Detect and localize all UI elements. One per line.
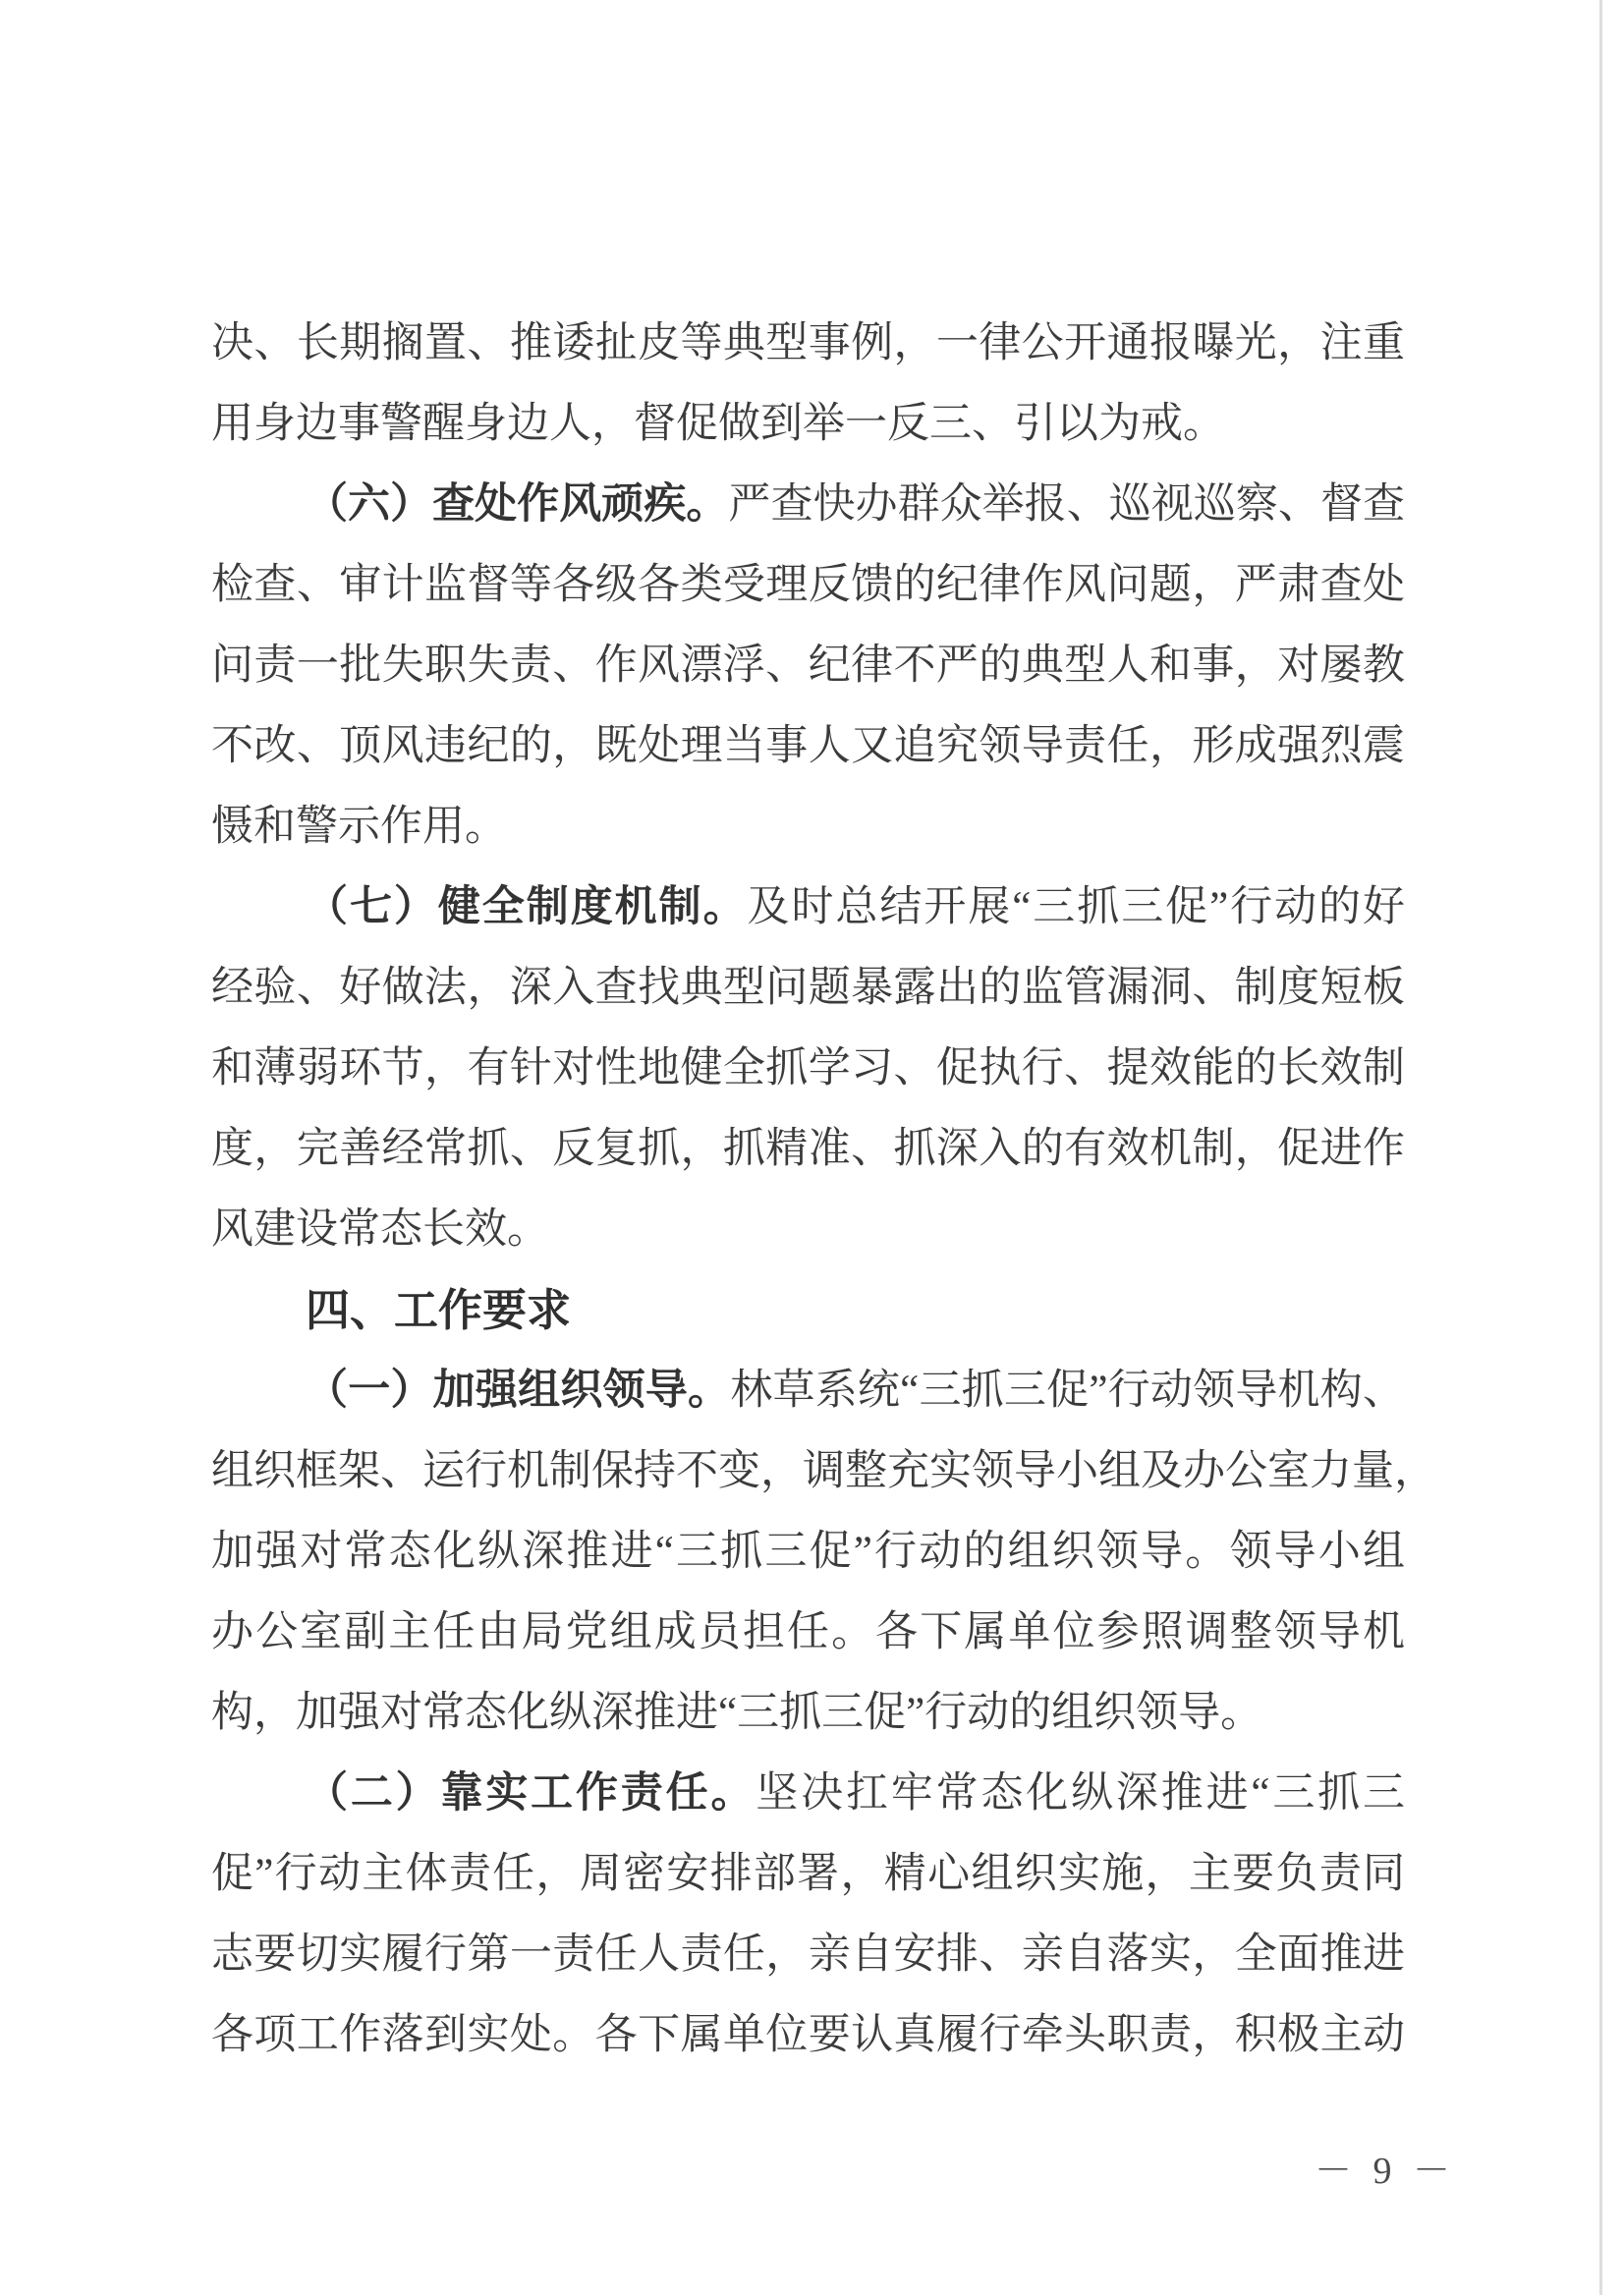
emphasis-text: （六）查处作风顽疾。 [306,481,728,528]
scanned-document-page: 决、长期搁置、推诿扯皮等典型事例，一律公开通报曝光，注重 用身边事警醒身边人，督… [0,0,1624,2295]
line-text: 用身边事警醒身边人，督促做到举一反三、引以为戒。 [211,401,1225,447]
line-text: 检查、审计监督等各级各类受理反馈的纪律作风问题，严肃查处 [211,562,1405,608]
line-text: 问责一批失职失责、作风漂浮、纪律不严的典型人和事，对屡教 [211,643,1405,689]
line-text: 促”行动主体责任，周密安排部署，精心组织实施，主要负责同 [211,1851,1405,1897]
line-text: 坚决扛牢常态化纵深推进“三抓三 [756,1770,1405,1817]
text-line: 各项工作落到实处。各下属单位要认真履行牵头职责，积极主动 [211,1995,1405,2076]
text-line: （二）靠实工作责任。坚决扛牢常态化纵深推进“三抓三 [211,1754,1405,1834]
line-text: 各项工作落到实处。各下属单位要认真履行牵头职责，积极主动 [211,2012,1405,2058]
text-line: （七）健全制度机制。及时总结开展“三抓三促”行动的好 [211,868,1405,948]
text-line: 检查、审计监督等各级各类受理反馈的纪律作风问题，严肃查处 [211,545,1405,626]
text-line: （六）查处作风顽疾。严查快办群众举报、巡视巡察、督查 [211,465,1405,545]
text-line: 不改、顶风违纪的，既处理当事人又追究领导责任，形成强烈震 [211,706,1405,787]
line-text: 风建设常态长效。 [211,1206,549,1253]
line-text: 构，加强对常态化纵深推进“三抓三促”行动的组织领导。 [211,1690,1262,1736]
text-line: 构，加强对常态化纵深推进“三抓三促”行动的组织领导。 [211,1673,1405,1754]
line-text: 组织框架、运行机制保持不变，调整充实领导小组及办公室力量， [211,1448,1436,1494]
text-line: 慑和警示作用。 [211,787,1405,868]
line-text: 林草系统“三抓三促”行动领导机构、 [730,1368,1405,1414]
text-line: 度，完善经常抓、反复抓，抓精准、抓深入的有效机制，促进作 [211,1109,1405,1190]
text-line: 风建设常态长效。 [211,1190,1405,1270]
line-text: 度，完善经常抓、反复抓，抓精准、抓深入的有效机制，促进作 [211,1126,1405,1172]
emphasis-text: （一）加强组织领导。 [306,1368,730,1414]
line-text: 严查快办群众举报、巡视巡察、督查 [728,481,1405,528]
text-line: （一）加强组织领导。林草系统“三抓三促”行动领导机构、 [211,1351,1405,1431]
text-line: 加强对常态化纵深推进“三抓三促”行动的组织领导。领导小组 [211,1512,1405,1593]
text-line: 志要切实履行第一责任人责任，亲自安排、亲自落实，全面推进 [211,1915,1405,1995]
text-line: 问责一批失职失责、作风漂浮、纪律不严的典型人和事，对屡教 [211,626,1405,706]
text-line: 经验、好做法，深入查找典型问题暴露出的监管漏洞、制度短板 [211,948,1405,1029]
line-text: 不改、顶风违纪的，既处理当事人又追究领导责任，形成强烈震 [211,723,1405,769]
line-text: 办公室副主任由局党组成员担任。各下属单位参照调整领导机 [211,1609,1405,1655]
emphasis-text: （七）健全制度机制。 [306,884,748,930]
line-text: 加强对常态化纵深推进“三抓三促”行动的组织领导。领导小组 [211,1529,1405,1575]
line-text: 决、长期搁置、推诿扯皮等典型事例，一律公开通报曝光，注重 [211,320,1405,366]
text-line: 和薄弱环节，有针对性地健全抓学习、促执行、提效能的长效制 [211,1029,1405,1109]
page-number: － 9 － [1315,2148,1456,2195]
line-text: 志要切实履行第一责任人责任，亲自安排、亲自落实，全面推进 [211,1931,1405,1978]
emphasis-text: （二）靠实工作责任。 [306,1770,756,1817]
line-text: 经验、好做法，深入查找典型问题暴露出的监管漏洞、制度短板 [211,965,1405,1011]
text-line: 组织框架、运行机制保持不变，调整充实领导小组及办公室力量， [211,1431,1405,1512]
heading-text: 四、工作要求 [306,1285,571,1335]
text-line: 办公室副主任由局党组成员担任。各下属单位参照调整领导机 [211,1593,1405,1673]
line-text: 和薄弱环节，有针对性地健全抓学习、促执行、提效能的长效制 [211,1045,1405,1092]
document-body: 决、长期搁置、推诿扯皮等典型事例，一律公开通报曝光，注重 用身边事警醒身边人，督… [211,304,1405,2076]
line-text: 慑和警示作用。 [211,804,507,850]
scan-edge-artifact [1599,0,1602,2295]
text-line: 促”行动主体责任，周密安排部署，精心组织实施，主要负责同 [211,1834,1405,1915]
text-line: 用身边事警醒身边人，督促做到举一反三、引以为戒。 [211,384,1405,465]
text-line: 决、长期搁置、推诿扯皮等典型事例，一律公开通报曝光，注重 [211,304,1405,384]
line-text: 及时总结开展“三抓三促”行动的好 [748,884,1405,930]
section-heading: 四、工作要求 [211,1270,1405,1351]
